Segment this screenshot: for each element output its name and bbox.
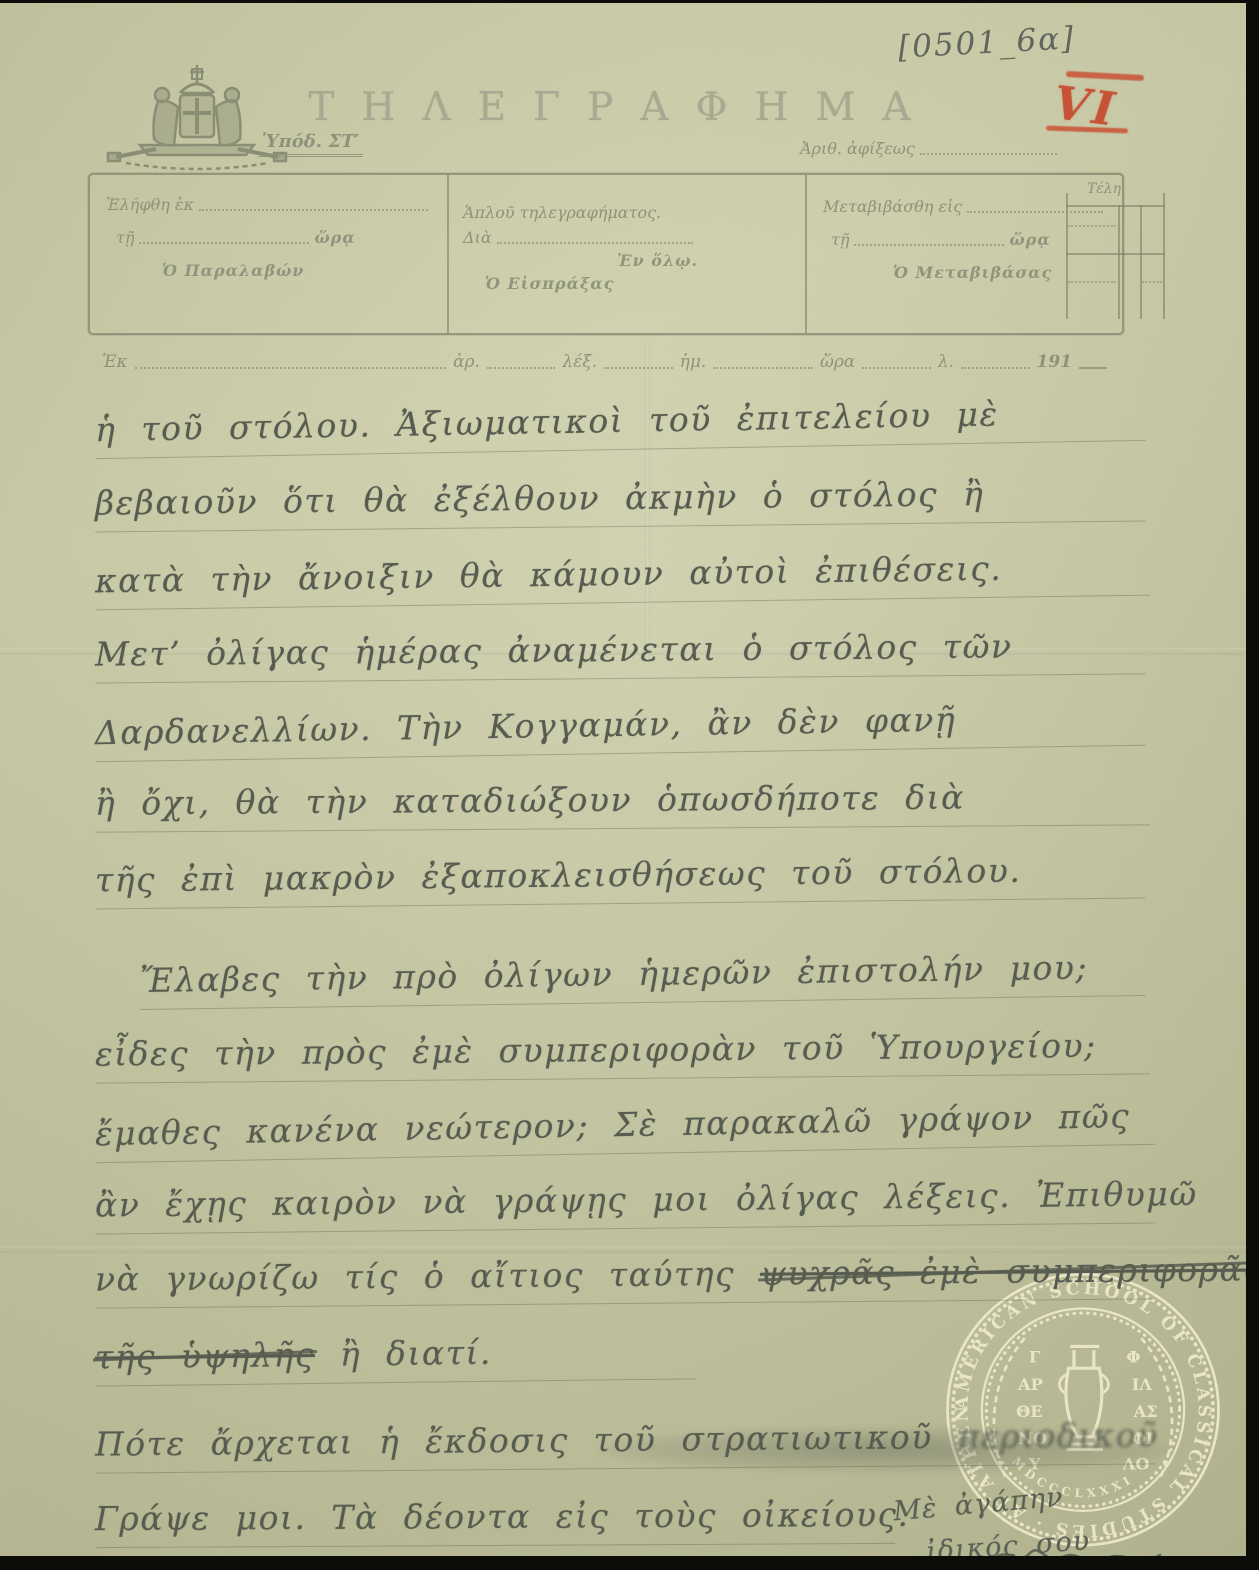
dotted-leader [139, 240, 309, 244]
manuscript-line: ἢ ὄχι, θὰ τὴν καταδιώξουν ὁπωσδήποτε διὰ [95, 776, 1150, 832]
seal-letter: ΑΡ [1017, 1375, 1043, 1394]
manuscript-text: Ἔλαβες τὴν πρὸ ὀλίγων ἡμερῶν ἐπιστολήν μ… [140, 948, 1089, 1000]
transmitted-to-label: Μεταβιβάσθη εἰς [823, 197, 962, 216]
manuscript-text: κατὰ τὴν ἄνοιξιν θὰ κάμουν αὐτοὶ ἐπιθέσε… [95, 549, 1003, 601]
dotted-leader [497, 240, 693, 244]
dotted-leader [713, 365, 813, 369]
manuscript-line: ἂν ἔχῃς καιρὸν νὰ γράψῃς μοι ὀλίγας λέξε… [95, 1174, 1155, 1234]
year-blank-line [1079, 365, 1107, 369]
form-table: Ἐλήφθη ἐκ τῇ ὥρᾳ Ὁ Παραλαβών Ἁπλοῦ τηλεγ… [88, 173, 1124, 335]
manuscript-line: Γράψε μοι. Τὰ δέοντα εἰς τοὺς οἰκείους. [95, 1495, 895, 1548]
manuscript-text: εἶδες τὴν πρὸς ἐμὲ συμπεριφορὰν τοῦ Ὑπου… [95, 1026, 1097, 1074]
form-code: Ὑπόδ. ΣΤ′ [258, 131, 363, 157]
receiver-signature-label: Ὁ Παραλαβών [106, 261, 433, 280]
dotted-leader [604, 365, 673, 369]
day-label: ἡμ. [678, 352, 709, 372]
manuscript-line: Πότε ἄρχεται ἡ ἔκδοσις τοῦ στρατιωτικοῦ … [95, 1415, 1155, 1473]
manuscript-text: ἡ τοῦ στόλου. Ἀξιωματικοὶ τοῦ ἐπιτελείου… [95, 394, 999, 449]
struck-text: τῆς ὑψηλῆς [95, 1335, 315, 1377]
number-label: ἀρ. [451, 352, 482, 372]
origin-meta-line: Ἐκ ἀρ. λέξ. ἡμ. ὥρα λ. 191 [100, 352, 1112, 372]
manuscript-line: Δαρδανελλίων. Τὴν Κογγαμάν, ἂν δὲν φανῇ [95, 697, 1146, 762]
manuscript-line: τῆς ἐπὶ μακρὸν ἐξαποκλεισθήσεως τοῦ στόλ… [95, 850, 1145, 910]
manuscript-text: ἢ διατί. [340, 1333, 493, 1374]
dotted-leader [487, 365, 556, 369]
from-label: Ἐκ [100, 352, 130, 372]
manuscript-line: ἔμαθες κανένα νεώτερον; Σὲ παρακαλῶ γράψ… [95, 1096, 1156, 1163]
manuscript-text: νὰ γνωρίζω τίς ὁ αἴτιος ταύτης [95, 1254, 735, 1299]
dotted-leader [854, 242, 1004, 246]
dotted-leader [920, 151, 1057, 155]
dotted-leader [135, 365, 446, 369]
transmitted-hour-label: ὥρᾳ [1009, 230, 1050, 249]
total-label: Ἐν ὅλῳ. [463, 251, 698, 270]
dotted-leader [199, 207, 428, 211]
collector-signature-label: Ὁ Εἰσπράξας [463, 274, 805, 293]
seal-letter: Γ [1029, 1348, 1041, 1367]
telegram-sheet: ΤΗΛΕΓΡΑΦΗΜΑ Ὑπόδ. ΣΤ′ Ἀριθ. ἀφίξεως Ἐλήφ… [0, 3, 1246, 1556]
transmitted-cell: Μεταβιβάσθη εἰς τῇ ὥρᾳ Ὁ Μεταβιβάσας [807, 175, 1122, 333]
seal-letter: Φ [1126, 1348, 1140, 1367]
year-prefix: 191 [1035, 352, 1075, 372]
transmitter-signature-label: Ὁ Μεταβιβάσας [823, 263, 1108, 282]
struck-text: ψυχρᾶς ἐμὲ συμπεριφορᾶς [760, 1249, 1246, 1292]
manuscript-text: Δαρδανελλίων. Τὴν Κογγαμάν, ἂν δὲν φανῇ [95, 700, 957, 753]
words-label: λέξ. [560, 352, 599, 372]
manuscript-line: Μετ’ ὀλίγας ἡμέρας ἀναμένεται ὁ στόλος τ… [95, 625, 1145, 683]
received-cell: Ἐλήφθη ἐκ τῇ ὥρᾳ Ὁ Παραλαβών [90, 175, 447, 333]
telegram-type-label: Ἁπλοῦ τηλεγραφήματος. [463, 203, 661, 222]
manuscript-text: Πότε ἄρχεται ἡ ἔκδοσις τοῦ στρατιωτικοῦ [95, 1417, 933, 1463]
manuscript-text: ἢ ὄχι, θὰ τὴν καταδιώξουν ὁπωσδήποτε διὰ [95, 778, 965, 823]
signature [985, 1535, 1165, 1556]
manuscript-text: Μετ’ ὀλίγας ἡμέρας ἀναμένεται ὁ στόλος τ… [95, 627, 1013, 674]
received-from-label: Ἐλήφθη ἐκ [106, 195, 194, 214]
catalog-number: [0501_6α] [897, 20, 1076, 65]
dotted-leader [967, 209, 1103, 213]
transmitted-date-label: τῇ [831, 230, 849, 249]
hour-label: ὥρα [818, 352, 857, 372]
seal-letter: ΙΛ [1132, 1375, 1153, 1394]
received-date-label: τῇ [116, 228, 134, 247]
manuscript-line: τῆς ὑψηλῆς ἢ διατί. [95, 1330, 696, 1386]
manuscript-text: Γράψε μοι. Τὰ δέοντα εἰς τοὺς οἰκείους. [95, 1495, 910, 1538]
manuscript-text: βεβαιοῦν ὅτι θὰ ἐξέλθουν ἀκμὴν ὁ στόλος … [95, 474, 985, 522]
manuscript-text: ἂν ἔχῃς καιρὸν νὰ γράψῃς μοι ὀλίγας λέξε… [95, 1174, 1198, 1225]
manuscript-line: νὰ γνωρίζω τίς ὁ αἴτιος ταύτης ψυχρᾶς ἐμ… [95, 1250, 1155, 1308]
arrival-number-label: Ἀριθ. ἀφίξεως [800, 139, 915, 158]
manuscript-line: ἡ τοῦ στόλου. Ἀξιωματικοὶ τοῦ ἐπιτελείου… [95, 392, 1146, 459]
manuscript-line: εἶδες τὴν πρὸς ἐμὲ συμπεριφορὰν τοῦ Ὑπου… [95, 1025, 1150, 1083]
arrival-number-row: Ἀριθ. ἀφίξεως [800, 139, 1062, 158]
received-hour-label: ὥρᾳ [314, 228, 355, 247]
manuscript-line: κατὰ τὴν ἄνοιξιν θὰ κάμουν αὐτοὶ ἐπιθέσε… [95, 547, 1151, 611]
charges-cell: Ἁπλοῦ τηλεγραφήματος. Διὰ Ἐν ὅλῳ. Ὁ Εἰσπ… [449, 175, 805, 333]
manuscript-line: βεβαιοῦν ὅτι θὰ ἐξέλθουν ἀκμὴν ὁ στόλος … [95, 473, 1145, 533]
minute-label: λ. [936, 352, 956, 372]
dotted-leader [862, 365, 931, 369]
manuscript-text: τῆς ἐπὶ μακρὸν ἐξαποκλεισθήσεως τοῦ στόλ… [95, 851, 1022, 900]
smudged-text: περιοδικοῦ [958, 1415, 1159, 1456]
via-label: Διὰ [463, 228, 492, 247]
manuscript-line: Ἔλαβες τὴν πρὸ ὀλίγων ἡμερῶν ἐπιστολήν μ… [140, 947, 1146, 1010]
dotted-leader [961, 365, 1030, 369]
manuscript-text: ἔμαθες κανένα νεώτερον; Σὲ παρακαλῶ γράψ… [95, 1096, 1131, 1153]
